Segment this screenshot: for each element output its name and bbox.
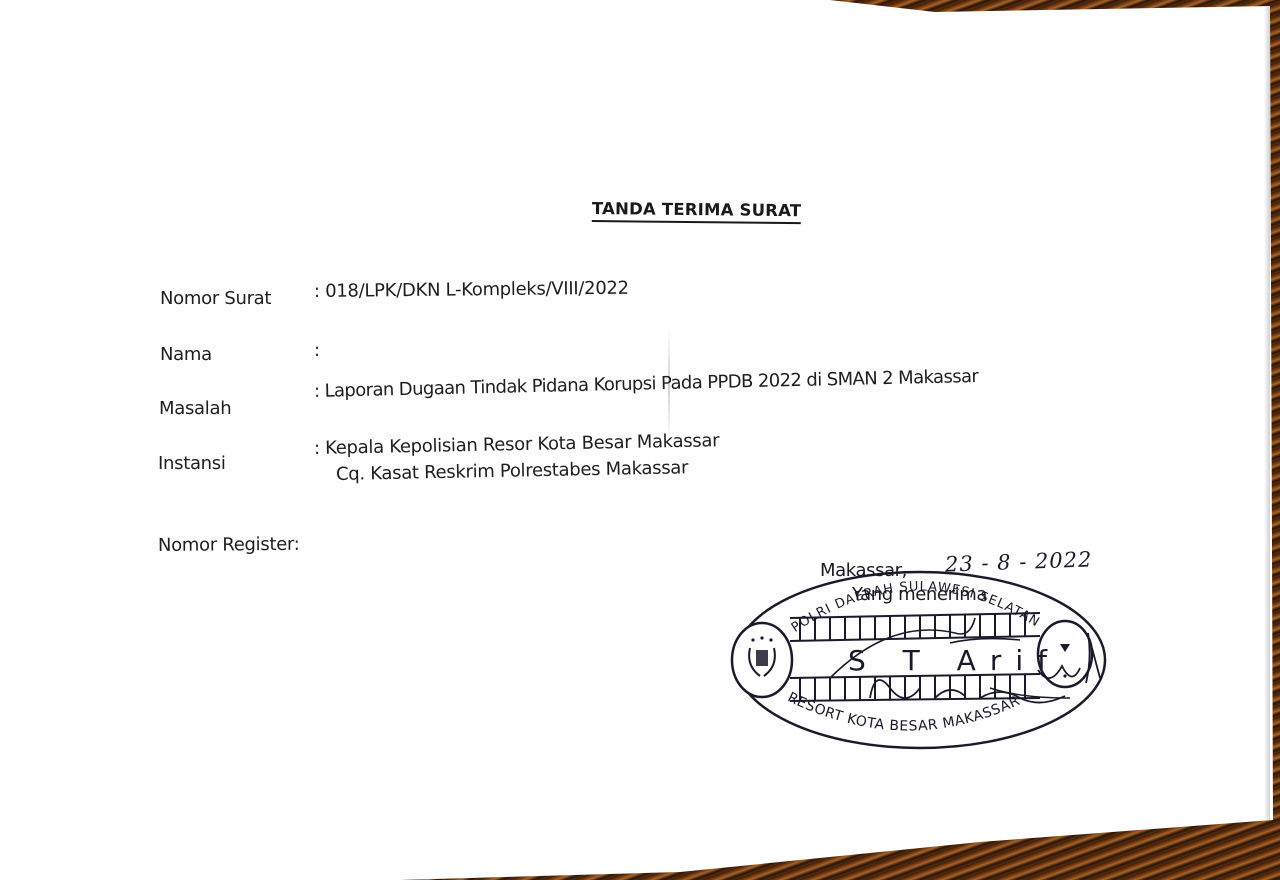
document-title: TANDA TERIMA SURAT: [592, 199, 802, 224]
field-label-masalah: Masalah: [159, 398, 231, 420]
field-label-nama: Nama: [160, 344, 212, 366]
receipt-date: 23 - 8 - 2022: [945, 547, 1093, 576]
field-label-nomor-register: Nomor Register:: [158, 534, 300, 557]
polri-emblem-left-icon: [732, 623, 792, 697]
svg-text:S T Arif: S T Arif: [848, 644, 1061, 677]
svg-text:RESORT KOTA BESAR MAKASSAR: RESORT KOTA BESAR MAKASSAR: [785, 690, 1023, 735]
field-value-nomor-surat: : 018/LPK/DKN L-Kompleks/VIII/2022: [314, 278, 629, 303]
stamp-graphic: POLRI DAERAH SULAWESI SELATAN RESORT KOT…: [720, 548, 1120, 758]
official-stamp: POLRI DAERAH SULAWESI SELATAN RESORT KOT…: [720, 548, 1120, 758]
paper-edge-shadow: [1264, 6, 1270, 820]
receipt-role: Yang menerima: [852, 584, 987, 605]
field-value-nama: :: [314, 340, 320, 362]
field-label-instansi: Instansi: [158, 453, 226, 475]
field-label-nomor-surat: Nomor Surat: [160, 288, 271, 310]
receipt-place: Makassar,: [820, 560, 907, 581]
